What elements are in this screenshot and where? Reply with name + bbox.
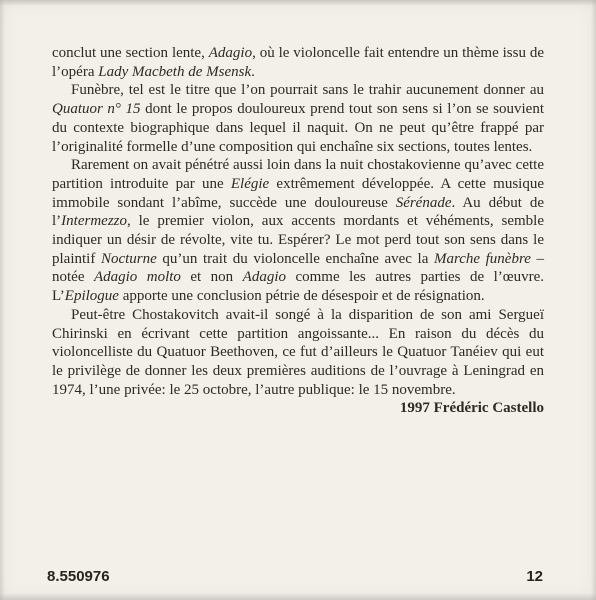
footer: 8.550976 12 bbox=[0, 568, 596, 588]
paragraph: conclut une section lente, Adagio, où le… bbox=[52, 44, 544, 81]
catalog-number: 8.550976 bbox=[47, 568, 110, 585]
scan-edge-right bbox=[591, 0, 596, 600]
scan-edge-bottom bbox=[0, 593, 596, 600]
paragraph: Rarement on avait pénétré aussi loin dan… bbox=[52, 156, 544, 306]
paragraph: Funèbre, tel est le titre que l’on pourr… bbox=[52, 81, 544, 156]
paragraph: Peut-être Chostakovitch avait-il songé à… bbox=[52, 306, 544, 400]
scan-edge-left bbox=[0, 0, 5, 600]
signature: 1997 Frédéric Castello bbox=[52, 399, 544, 418]
page-number: 12 bbox=[526, 568, 543, 585]
text-body: conclut une section lente, Adagio, où le… bbox=[52, 44, 544, 418]
booklet-page: conclut une section lente, Adagio, où le… bbox=[0, 0, 596, 600]
scan-edge-top bbox=[0, 0, 596, 6]
